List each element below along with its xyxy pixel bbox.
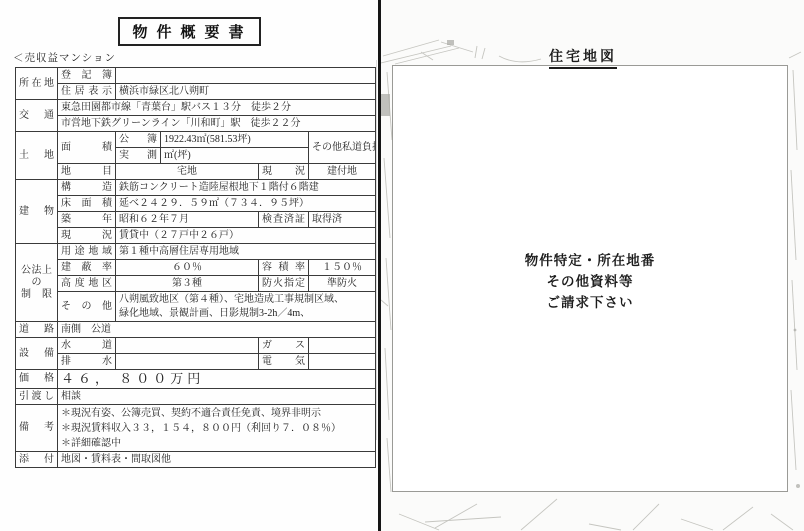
table-row: 設備 水道 ガス xyxy=(16,338,376,354)
table-row: 備考 ＊現況有姿、公簿売買、契約不適合責任免責、境界非明示 ＊現況賃料収入３３，… xyxy=(16,405,376,452)
table-row: 床面積 延べ２４２９．５９㎡（７３４．９５坪） xyxy=(16,196,376,212)
address-label: 住居表示 xyxy=(58,84,116,100)
handover-label: 引渡し xyxy=(16,389,58,405)
table-row: その他 八朔風致地区（第４種）、宅地造成工事規制区域、 緑化地域、景観計画、日影… xyxy=(16,292,376,322)
property-summary-page: 物件概要書 ＜売収益マンション 所在地 登記簿 住居表示 横浜市緑区北八朔町 交… xyxy=(0,0,379,531)
notice-line1: 物件特定・所在地番 xyxy=(525,250,656,271)
legal-other-line2: 緑化地域、景観計画、日影規制3-2h／4m、 xyxy=(119,307,372,321)
registry-value xyxy=(116,68,376,84)
land-private-road: その他私道負担 xyxy=(309,132,376,164)
map-placeholder-box: 物件特定・所在地番 その他資料等 ご請求下さい xyxy=(392,65,788,492)
utilities-gas-label: ガス xyxy=(259,338,309,354)
table-row: 高度地区 第３種 防火指定 準防火 xyxy=(16,276,376,292)
attachments-label: 添付 xyxy=(16,452,58,468)
legal-bouka-label: 防火指定 xyxy=(259,276,309,292)
utilities-drain-label: 排水 xyxy=(58,354,116,370)
legal-label: 公法上 の 制限 xyxy=(16,244,58,322)
legal-kenpei-value: ６０％ xyxy=(116,260,259,276)
table-row: 市営地下鉄グリーンライン「川和町」駅 徒歩２２分 xyxy=(16,116,376,132)
legal-other-value: 八朔風致地区（第４種）、宅地造成工事規制区域、 緑化地域、景観計画、日影規制3-… xyxy=(116,292,376,322)
remarks-value: ＊現況有姿、公簿売買、契約不適合責任免責、境界非明示 ＊現況賃料収入３３，１５４… xyxy=(58,405,376,452)
request-notice: 物件特定・所在地番 その他資料等 ご請求下さい xyxy=(525,250,656,313)
utilities-elec-value xyxy=(309,354,376,370)
table-row: 土地 面積 公簿 1922.43㎡(581.53坪) その他私道負担 xyxy=(16,132,376,148)
legal-other-label: その他 xyxy=(58,292,116,322)
land-koubo-label: 公簿 xyxy=(116,132,161,148)
legal-kenpei-label: 建蔽率 xyxy=(58,260,116,276)
property-table: 所在地 登記簿 住居表示 横浜市緑区北八朔町 交通 東急田園都市線「青葉台」駅バ… xyxy=(15,67,376,468)
transport-line2: 市営地下鉄グリーンライン「川和町」駅 徒歩２２分 xyxy=(58,116,376,132)
address-value: 横浜市緑区北八朔町 xyxy=(116,84,376,100)
table-row: 住居表示 横浜市緑区北八朔町 xyxy=(16,84,376,100)
table-row: 所在地 登記簿 xyxy=(16,68,376,84)
land-chimoku-label: 地目 xyxy=(58,164,116,180)
notice-line3: ご請求下さい xyxy=(525,292,656,313)
remarks-label: 備考 xyxy=(16,405,58,452)
land-chimoku-value: 宅地 xyxy=(116,164,259,180)
transport-label: 交通 xyxy=(16,100,58,132)
building-inspection-value: 取得済 xyxy=(309,212,376,228)
legal-other-line1: 八朔風致地区（第４種）、宅地造成工事規制区域、 xyxy=(119,293,372,307)
legal-youto-value: 第１種中高層住居専用地域 xyxy=(116,244,376,260)
remarks-line3: ＊詳細確認中 xyxy=(61,436,372,451)
table-row: 現況 賃貸中（２７戸中２６戸） xyxy=(16,228,376,244)
building-built-label: 築年 xyxy=(58,212,116,228)
legal-bouka-value: 準防火 xyxy=(309,276,376,292)
registry-label: 登記簿 xyxy=(58,68,116,84)
utilities-water-label: 水道 xyxy=(58,338,116,354)
building-label: 建物 xyxy=(16,180,58,244)
table-row: 道路 南側 公道 xyxy=(16,322,376,338)
price-label: 価格 xyxy=(16,370,58,389)
page-title: 物件概要書 xyxy=(118,17,260,46)
utilities-water-value xyxy=(116,338,259,354)
building-floor-area-value: 延べ２４２９．５９㎡（７３４．９５坪） xyxy=(116,196,376,212)
table-row: 公法上 の 制限 用途地域 第１種中高層住居専用地域 xyxy=(16,244,376,260)
legal-label-line1: 公法上 xyxy=(19,265,54,277)
land-jissoku-value: ㎡(坪) xyxy=(161,148,309,164)
legal-yoseki-label: 容積率 xyxy=(259,260,309,276)
table-row: 建物 構造 鉄筋コンクリート造陸屋根地下１階付６階建 xyxy=(16,180,376,196)
table-row: 排水 電気 xyxy=(16,354,376,370)
road-label: 道路 xyxy=(16,322,58,338)
table-row: 建蔽率 ６０％ 容積率 １５０％ xyxy=(16,260,376,276)
utilities-gas-value xyxy=(309,338,376,354)
land-genkyo-label: 現況 xyxy=(259,164,309,180)
utilities-elec-label: 電気 xyxy=(259,354,309,370)
table-row: 交通 東急田園都市線「青葉台」駅バス１３分 徒歩２分 xyxy=(16,100,376,116)
doc-subtitle: ＜売収益マンション xyxy=(13,50,379,65)
table-row: 添付 地図・賃料表・間取図他 xyxy=(16,452,376,468)
building-structure-value: 鉄筋コンクリート造陸屋根地下１階付６階建 xyxy=(116,180,376,196)
legal-yoseki-value: １５０％ xyxy=(309,260,376,276)
building-genkyo-value: 賃貸中（２７戸中２６戸） xyxy=(116,228,376,244)
location-label: 所在地 xyxy=(16,68,58,100)
building-genkyo-label: 現況 xyxy=(58,228,116,244)
land-koubo-value: 1922.43㎡(581.53坪) xyxy=(161,132,309,148)
table-row: 築年 昭和６２年７月 検査済証 取得済 xyxy=(16,212,376,228)
legal-koudo-label: 高度地区 xyxy=(58,276,116,292)
transport-line1: 東急田園都市線「青葉台」駅バス１３分 徒歩２分 xyxy=(58,100,376,116)
land-area-label: 面積 xyxy=(58,132,116,164)
price-value: ４６， ８００万円 xyxy=(58,370,376,389)
legal-label-line2: の xyxy=(19,277,54,289)
building-structure-label: 構造 xyxy=(58,180,116,196)
utilities-drain-value xyxy=(116,354,259,370)
land-jissoku-label: 実測 xyxy=(116,148,161,164)
remarks-line2: ＊現況賃料収入３３，１５４，８００円（利回り７．０８％） xyxy=(61,421,372,436)
building-floor-area-label: 床面積 xyxy=(58,196,116,212)
road-value: 南側 公道 xyxy=(58,322,376,338)
page-edge-shadow xyxy=(376,60,377,440)
table-row: 引渡し 相談 xyxy=(16,389,376,405)
notice-line2: その他資料等 xyxy=(525,271,656,292)
map-title: 住宅地図 xyxy=(549,46,617,69)
residential-map-page: 住宅地図 物件特定・所在地番 その他資料等 ご請求下さい xyxy=(381,0,804,531)
utilities-label: 設備 xyxy=(16,338,58,370)
attachments-value: 地図・賃料表・間取図他 xyxy=(58,452,376,468)
legal-youto-label: 用途地域 xyxy=(58,244,116,260)
remarks-line1: ＊現況有姿、公簿売買、契約不適合責任免責、境界非明示 xyxy=(61,406,372,421)
land-label: 土地 xyxy=(16,132,58,180)
building-inspection-label: 検査済証 xyxy=(259,212,309,228)
building-built-value: 昭和６２年７月 xyxy=(116,212,259,228)
table-row: 地目 宅地 現況 建付地 xyxy=(16,164,376,180)
legal-label-line3: 制限 xyxy=(19,289,54,301)
table-row: 価格 ４６， ８００万円 xyxy=(16,370,376,389)
legal-koudo-value: 第３種 xyxy=(116,276,259,292)
handover-value: 相談 xyxy=(58,389,376,405)
land-genkyo-value: 建付地 xyxy=(309,164,376,180)
